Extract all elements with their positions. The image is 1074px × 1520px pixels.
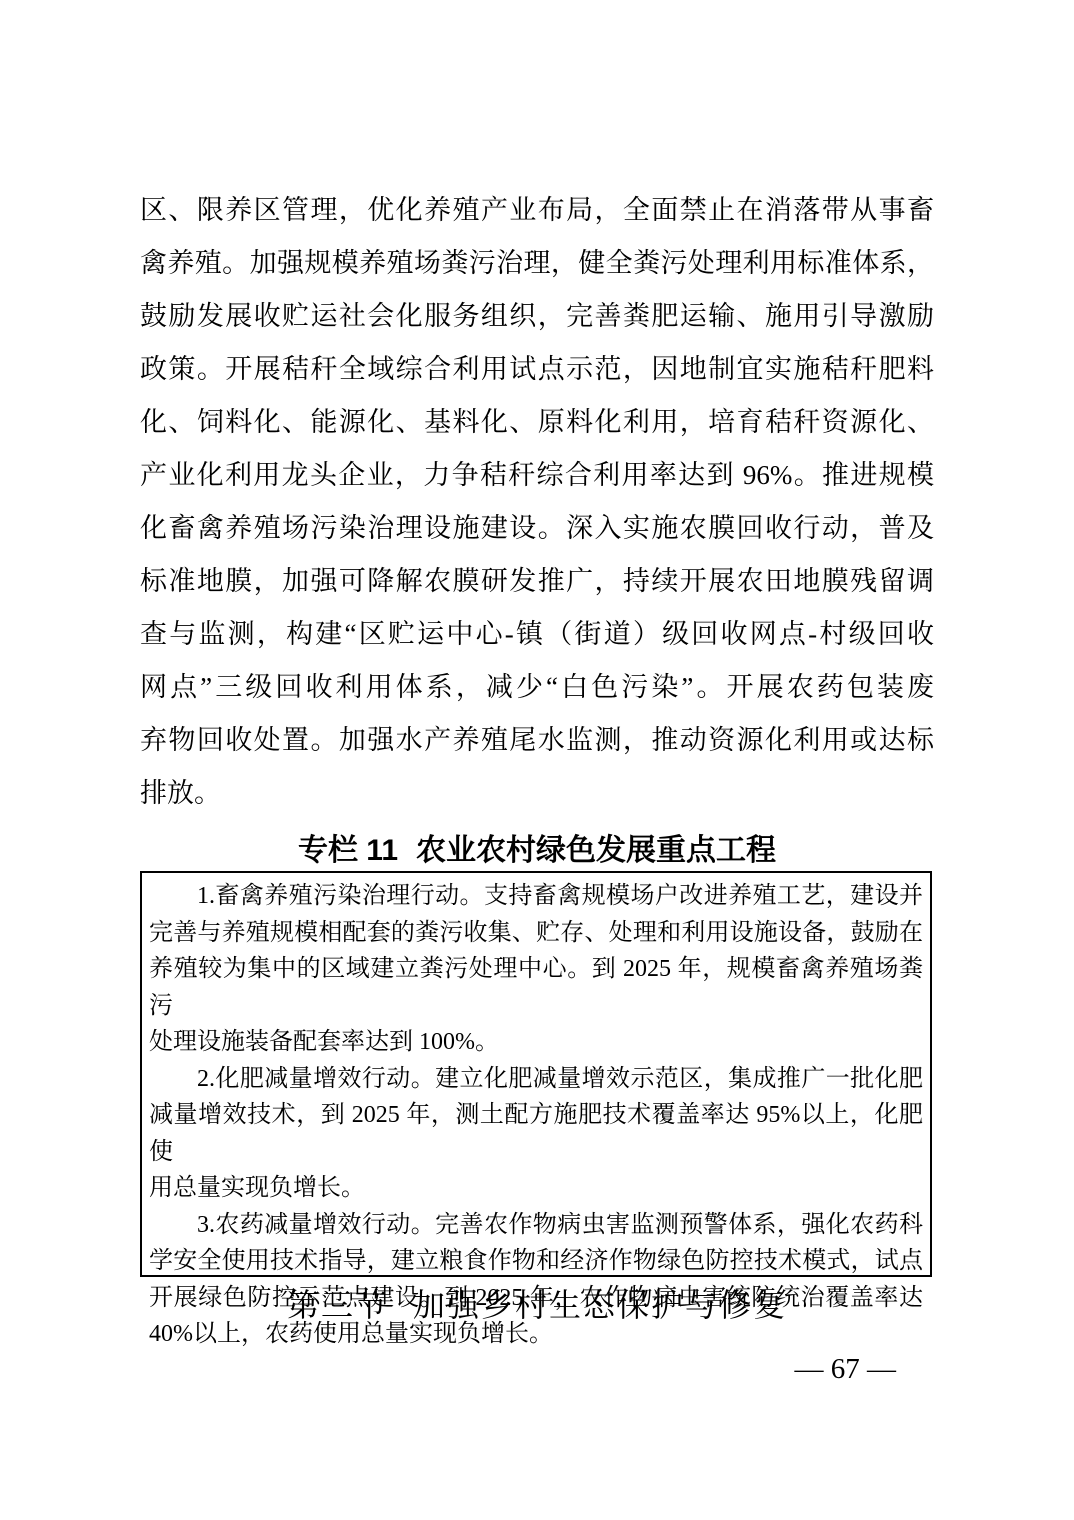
body-text-line: 化、饲料化、能源化、基料化、原料化利用，培育秸秆资源化、 [140, 396, 934, 449]
panel-text-line: 养殖较为集中的区域建立粪污处理中心。到 2025 年，规模畜禽养殖场粪污 [149, 951, 923, 1024]
document-page: 区、限养区管理，优化养殖产业布局，全面禁止在消落带从事畜禽养殖。加强规模养殖场粪… [0, 0, 1074, 1520]
panel-text-line: 处理设施装备配套率达到 100%。 [149, 1024, 923, 1061]
panel-text-line: 2.化肥减量增效行动。建立化肥减量增效示范区，集成推广一批化肥 [149, 1061, 923, 1098]
body-text-line: 查与监测，构建“区贮运中心-镇（街道）级回收网点-村级回收 [140, 608, 934, 661]
panel-text-line: 用总量实现负增长。 [149, 1170, 923, 1207]
panel-title-text: 农业农村绿色发展重点工程 [416, 834, 776, 867]
body-text-line: 鼓励发展收贮运社会化服务组织，完善粪肥运输、施用引导激励 [140, 290, 934, 343]
body-text-line: 区、限养区管理，优化养殖产业布局，全面禁止在消落带从事畜 [140, 184, 934, 237]
body-text-block: 区、限养区管理，优化养殖产业布局，全面禁止在消落带从事畜禽养殖。加强规模养殖场粪… [140, 184, 934, 820]
panel-text-line: 3.农药减量增效行动。完善农作物病虫害监测预警体系，强化农药科 [149, 1207, 923, 1244]
body-text-line: 产业化利用龙头企业，力争秸秆综合利用率达到 96%。推进规模 [140, 449, 934, 502]
feature-panel-box: 1.畜禽养殖污染治理行动。支持畜禽规模场户改进养殖工艺，建设并完善与养殖规模相配… [140, 871, 932, 1277]
body-text-line: 禽养殖。加强规模养殖场粪污治理，健全粪污处理利用标准体系， [140, 237, 934, 290]
body-text-line: 弃物回收处置。加强水产养殖尾水监测，推动资源化利用或达标 [140, 714, 934, 767]
body-text-line: 政策。开展秸秆全域综合利用试点示范，因地制宜实施秸秆肥料 [140, 343, 934, 396]
panel-text-line: 减量增效技术，到 2025 年，测土配方施肥技术覆盖率达 95%以上，化肥使 [149, 1097, 923, 1170]
section-heading-text: 加强乡村生态保护与修复 [413, 1287, 787, 1323]
panel-title: 专栏 11农业农村绿色发展重点工程 [140, 830, 934, 872]
panel-title-number: 专栏 11 [298, 834, 398, 867]
section-heading: 第三节加强乡村生态保护与修复 [140, 1283, 934, 1327]
panel-text-line: 学安全使用技术指导，建立粮食作物和经济作物绿色防控技术模式，试点 [149, 1243, 923, 1280]
body-text-line: 化畜禽养殖场污染治理设施建设。深入实施农膜回收行动，普及 [140, 502, 934, 555]
body-text-line: 标准地膜，加强可降解农膜研发推广，持续开展农田地膜残留调 [140, 555, 934, 608]
panel-text-line: 1.畜禽养殖污染治理行动。支持畜禽规模场户改进养殖工艺，建设并 [149, 878, 923, 915]
body-text-line: 排放。 [140, 767, 934, 820]
panel-text-line: 完善与养殖规模相配套的粪污收集、贮存、处理和利用设施设备，鼓励在 [149, 915, 923, 952]
section-heading-number: 第三节 [287, 1287, 389, 1323]
page-number: — 67 — [140, 1349, 934, 1389]
body-text-line: 网点”三级回收利用体系，减少“白色污染”。开展农药包装废 [140, 661, 934, 714]
